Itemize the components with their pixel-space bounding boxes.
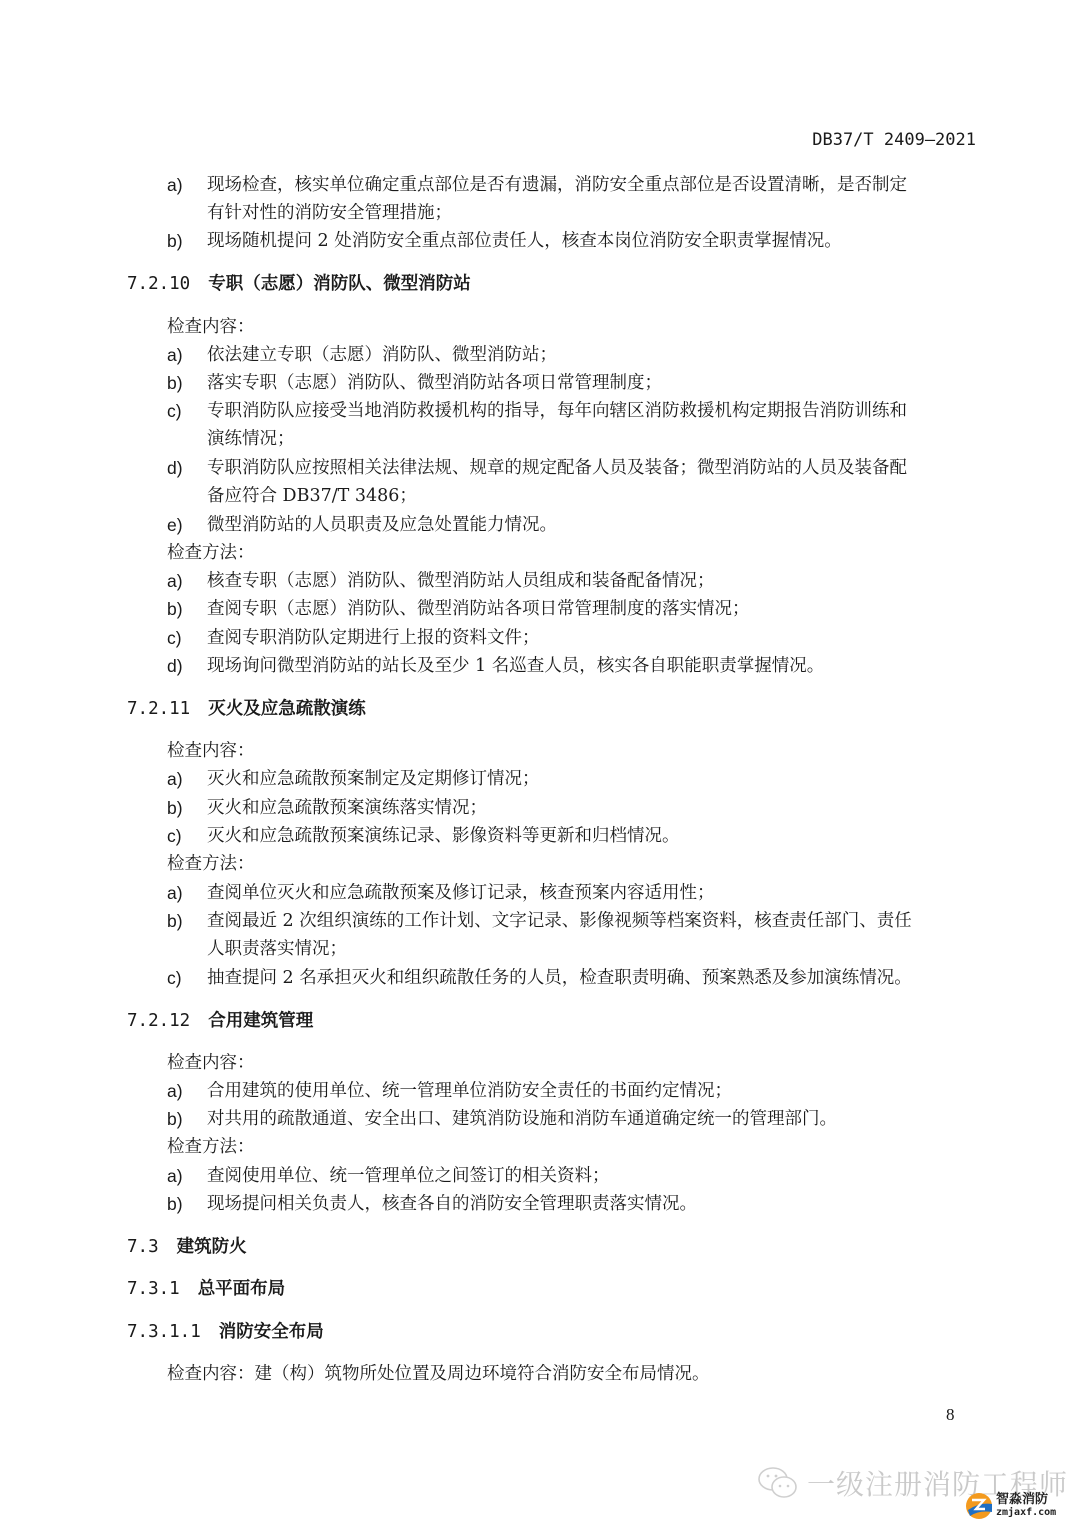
- method-label: 检查方法：: [167, 1136, 255, 1158]
- section-heading-7-3: 7.3建筑防火: [127, 1236, 247, 1258]
- wechat-icon: [757, 1466, 801, 1500]
- section-heading-7-2-11: 7.2.11灭火及应急疏散演练: [127, 698, 366, 720]
- standard-code: DB37/T 2409—2021: [812, 130, 976, 150]
- method-label: 检查方法：: [167, 542, 255, 564]
- content-label: 检查内容：: [167, 316, 255, 338]
- content-label: 检查内容：: [167, 740, 255, 762]
- brand-name: 智淼消防: [996, 1493, 1056, 1506]
- content-label: 检查内容：: [167, 1052, 255, 1074]
- brand-logo-icon: [965, 1492, 993, 1520]
- section-heading-7-2-12: 7.2.12合用建筑管理: [127, 1010, 313, 1032]
- brand-logo: 智淼消防 zmjaxf.com: [965, 1492, 1056, 1520]
- document-page: DB37/T 2409—2021 a) 现场检查，核实单位确定重点部位是否有遗漏…: [0, 0, 1080, 1528]
- page-number: 8: [946, 1405, 955, 1425]
- method-label: 检查方法：: [167, 853, 255, 875]
- brand-url: zmjaxf.com: [996, 1506, 1056, 1519]
- section-heading-7-3-1: 7.3.1总平面布局: [127, 1278, 285, 1300]
- content-text: 检查内容：建（构）筑物所处位置及周边环境符合消防安全布局情况。: [167, 1363, 710, 1385]
- section-heading-7-3-1-1: 7.3.1.1消防安全布局: [127, 1321, 324, 1343]
- section-heading-7-2-10: 7.2.10专职（志愿）消防队、微型消防站: [127, 273, 471, 295]
